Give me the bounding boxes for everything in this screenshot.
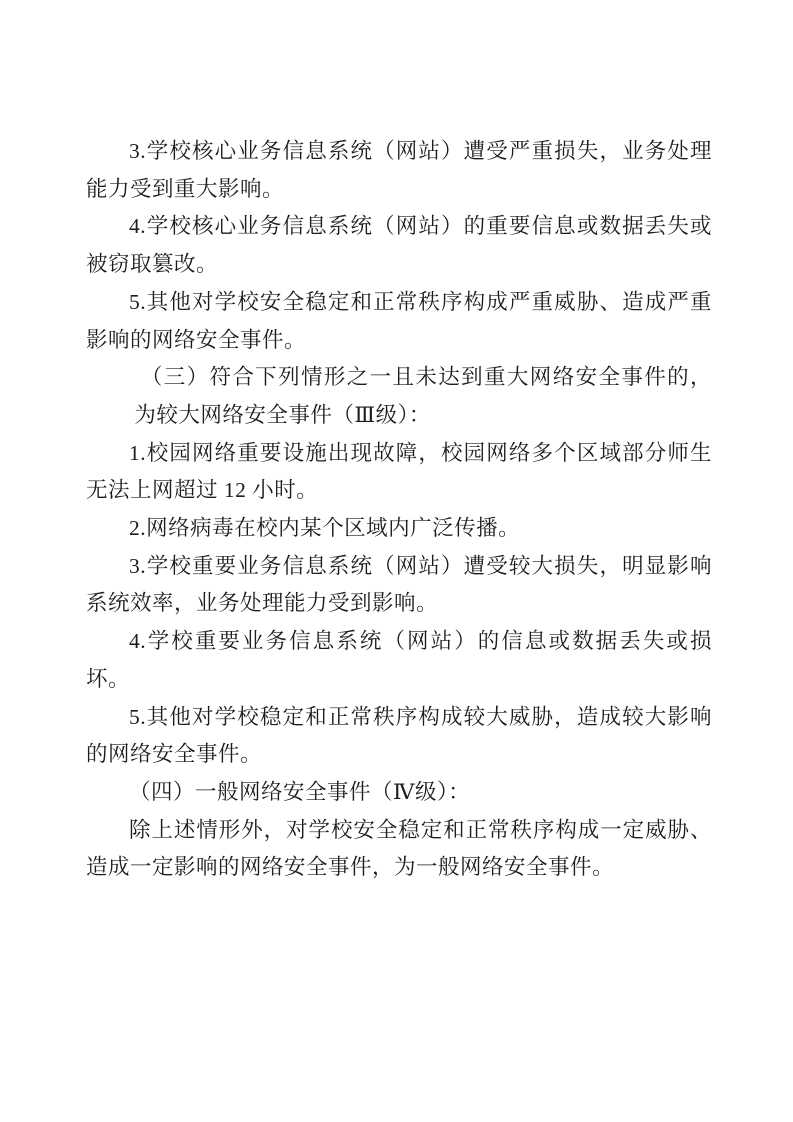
paragraph-item-1-major: 1.校园网络重要设施出现故障，校园网络多个区域部分师生无法上网超过 12 小时。 (86, 435, 712, 510)
paragraph-item-5-major: 5.其他对学校稳定和正常秩序构成较大威胁，造成较大影响的网络安全事件。 (86, 699, 712, 774)
paragraph-general-definition: 除上述情形外，对学校安全稳定和正常秩序构成一定威胁、造成一定影响的网络安全事件，… (86, 812, 712, 887)
paragraph-section-4-heading: （四）一般网络安全事件（Ⅳ级）： (86, 774, 712, 812)
document-text-block: 3.学校核心业务信息系统（网站）遭受严重损失，业务处理能力受到重大影响。 4.学… (86, 133, 712, 887)
paragraph-section-3-heading: （三）符合下列情形之一且未达到重大网络安全事件的，为较大网络安全事件（Ⅲ级）： (134, 359, 712, 434)
document-page: 3.学校核心业务信息系统（网站）遭受严重损失，业务处理能力受到重大影响。 4.学… (0, 0, 793, 1122)
paragraph-item-3-severe: 3.学校核心业务信息系统（网站）遭受严重损失，业务处理能力受到重大影响。 (86, 133, 712, 208)
paragraph-item-3-major: 3.学校重要业务信息系统（网站）遭受较大损失，明显影响系统效率，业务处理能力受到… (86, 548, 712, 623)
paragraph-item-5-severe: 5.其他对学校安全稳定和正常秩序构成严重威胁、造成严重影响的网络安全事件。 (86, 284, 712, 359)
paragraph-item-4-major: 4.学校重要业务信息系统（网站）的信息或数据丢失或损坏。 (86, 623, 712, 698)
paragraph-item-2-major: 2.网络病毒在校内某个区域内广泛传播。 (86, 510, 712, 548)
paragraph-item-4-severe: 4.学校核心业务信息系统（网站）的重要信息或数据丢失或被窃取篡改。 (86, 208, 712, 283)
